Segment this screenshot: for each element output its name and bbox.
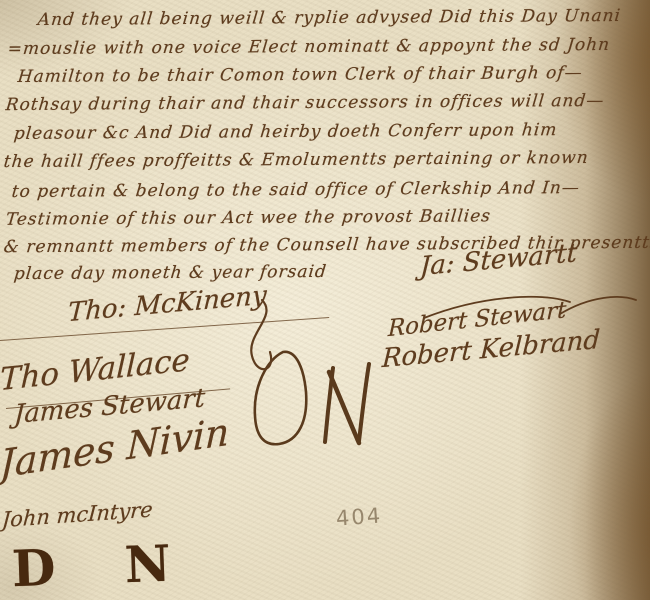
signature-john-mcintyre: John mcIntyre bbox=[1, 497, 153, 532]
page-number: 404 bbox=[335, 503, 383, 530]
body-line: pleasour &c And Did and heirby doeth Con… bbox=[13, 120, 559, 144]
body-line: Hamilton to be thair Comon town Clerk of… bbox=[17, 63, 584, 87]
body-line: the haill ffees proffeitts & Emolumentts… bbox=[3, 148, 590, 172]
manuscript-page: And they all being weill & ryplie advyse… bbox=[0, 0, 650, 600]
body-line: to pertain & belong to the said office o… bbox=[11, 178, 581, 202]
flourish-squiggle bbox=[228, 296, 288, 396]
body-line: Testimonie of this our Act wee the provo… bbox=[5, 206, 492, 229]
flourish-crossing bbox=[420, 288, 640, 328]
body-line: Rothsay during thair and thair successor… bbox=[5, 91, 606, 115]
monogram-dn-bottom: D N bbox=[11, 533, 197, 598]
body-line: And they all being weill & ryplie advyse… bbox=[37, 6, 622, 30]
body-line: =mouslie with one voice Elect nominatt &… bbox=[7, 35, 611, 59]
body-line: place day moneth & year forsaid bbox=[13, 262, 328, 284]
